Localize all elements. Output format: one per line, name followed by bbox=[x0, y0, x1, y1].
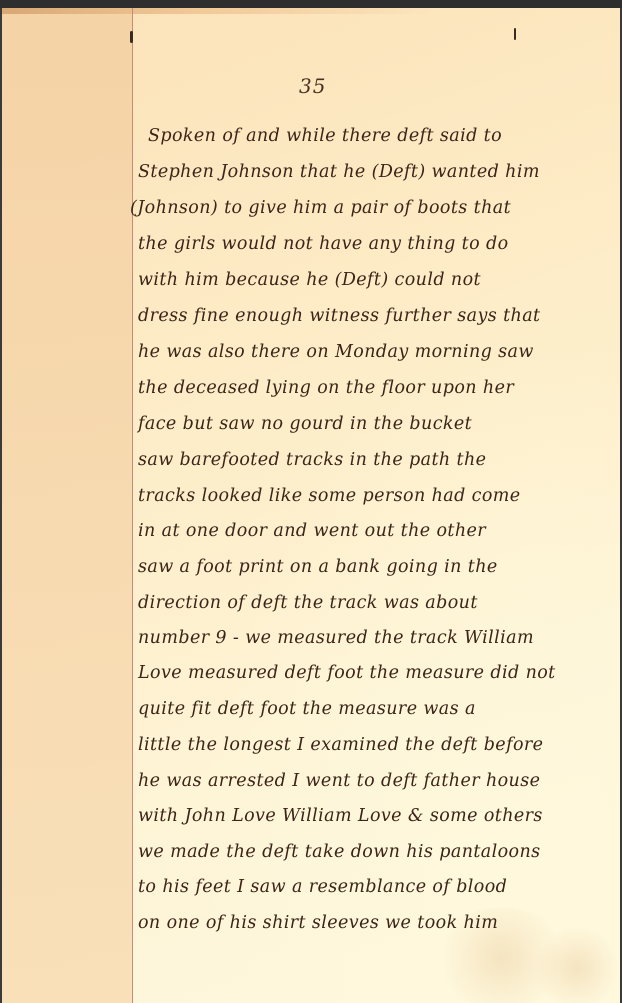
handwritten-line: Love measured deft foot the measure did … bbox=[138, 663, 556, 683]
handwritten-line: direction of deft the track was about bbox=[138, 593, 478, 613]
handwritten-line: with John Love William Love & some other… bbox=[138, 806, 543, 826]
binding-hole-mark-left bbox=[130, 31, 133, 43]
handwritten-line: (Johnson) to give him a pair of boots th… bbox=[130, 198, 511, 218]
handwritten-line: Spoken of and while there deft said to bbox=[148, 126, 502, 146]
handwritten-line: tracks looked like some person had come bbox=[138, 486, 521, 506]
handwritten-line: with him because he (Deft) could not bbox=[138, 270, 481, 290]
left-margin-area bbox=[2, 8, 132, 1003]
paper-stain bbox=[532, 928, 620, 1003]
handwritten-line: face but saw no gourd in the bucket bbox=[138, 414, 472, 434]
handwritten-line: he was arrested I went to deft father ho… bbox=[138, 771, 540, 791]
handwritten-line: saw a foot print on a bank going in the bbox=[138, 557, 498, 577]
page-number: 35 bbox=[299, 74, 326, 98]
margin-rule-line bbox=[132, 8, 133, 1003]
manuscript-page: 35 Spoken of and while there deft said t… bbox=[2, 8, 620, 1003]
handwritten-line: number 9 - we measured the track William bbox=[138, 628, 534, 648]
handwritten-line: we made the deft take down his pantaloon… bbox=[138, 842, 541, 862]
handwritten-line: in at one door and went out the other bbox=[138, 521, 486, 541]
viewer-left-border bbox=[0, 8, 2, 1003]
handwritten-line: little the longest I examined the deft b… bbox=[138, 735, 543, 755]
handwritten-line: to his feet I saw a resemblance of blood bbox=[138, 877, 507, 897]
binding-hole-mark-right bbox=[514, 28, 516, 40]
handwritten-line: he was also there on Monday morning saw bbox=[138, 342, 534, 362]
handwritten-line: the deceased lying on the floor upon her bbox=[138, 378, 514, 398]
top-edge-stain bbox=[2, 8, 620, 14]
handwritten-line: Stephen Johnson that he (Deft) wanted hi… bbox=[138, 162, 540, 182]
viewer-top-bar bbox=[0, 0, 622, 8]
handwritten-line: dress fine enough witness further says t… bbox=[138, 306, 540, 326]
handwritten-line: on one of his shirt sleeves we took him bbox=[138, 913, 498, 933]
handwritten-line: quite fit deft foot the measure was a bbox=[138, 699, 476, 719]
handwritten-line: the girls would not have any thing to do bbox=[138, 234, 509, 254]
handwritten-line: saw barefooted tracks in the path the bbox=[138, 450, 486, 470]
